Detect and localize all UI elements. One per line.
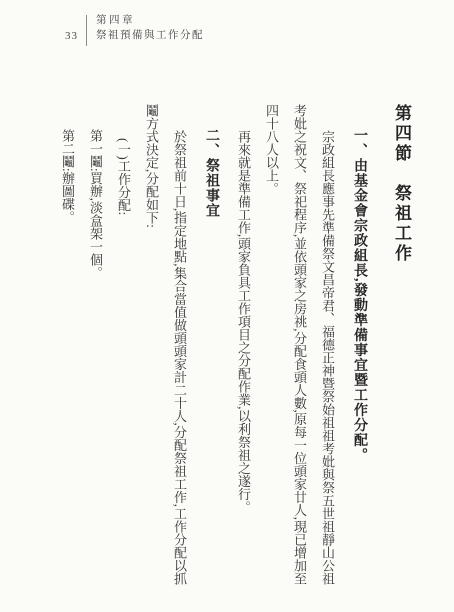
paragraph: 二、祭祖事宜 xyxy=(197,104,225,588)
page-number: 33 xyxy=(56,30,78,42)
chapter-title: 第四章 xyxy=(96,13,204,28)
paragraph: (一)工作分配: xyxy=(109,104,137,588)
paragraph: 於祭祖前十日,指定地點,集合當值做頭頭家計二十人,分配祭祖工作,工作分配以抓鬮方… xyxy=(137,104,193,588)
book-page: 33 第四章 祭祖預備與工作分配 第四節 祭祖工作 一、由基金會宗政組長,發動準… xyxy=(0,0,454,612)
page-header: 33 第四章 祭祖預備與工作分配 xyxy=(56,13,204,46)
page-body: 第四節 祭祖工作 一、由基金會宗政組長,發動準備事宜暨工作分配。宗政組長應事先準… xyxy=(70,104,415,588)
section-title: 第四節 祭祖工作 xyxy=(387,104,415,588)
paragraph: 第一鬮:買辦,淡盒架一個。 xyxy=(81,104,109,588)
paragraph: 一、由基金會宗政組長,發動準備事宜暨工作分配。 xyxy=(345,104,373,588)
chapter-subtitle: 祭祖預備與工作分配 xyxy=(96,28,204,43)
paragraph: 再來就是準備工作,頭家負具工作項目之分配作業,以利祭祖之遂行。 xyxy=(229,104,257,588)
running-title: 第四章 祭祖預備與工作分配 xyxy=(96,13,204,43)
paragraph: 第二鬮:辦圖碟。 xyxy=(53,104,81,588)
header-divider xyxy=(86,15,87,46)
paragraph: 宗政組長應事先準備祭文昌帝君、福德正神暨祭始祖祖考妣與祭五世祖靜山公祖考妣之祝文… xyxy=(257,104,341,588)
